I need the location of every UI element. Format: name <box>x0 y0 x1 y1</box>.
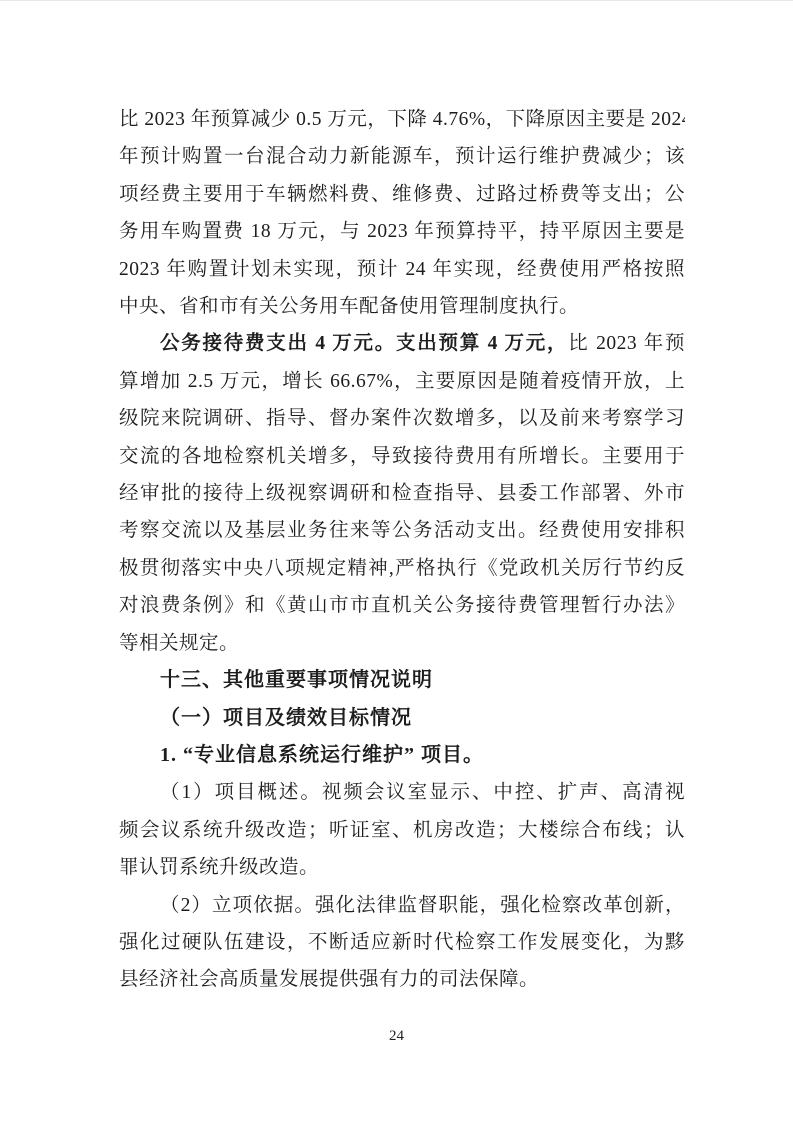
text-segment: 项经费主要用于车辆燃料费、维修费、过路过桥费等支出；公 <box>119 184 685 205</box>
text-line: 务用车购置费 18 万元，与 2023 年预算持平，持平原因主要是 <box>119 213 685 250</box>
section-heading-level-3: 1. “专业信息系统运行维护” 项目。 <box>119 737 685 774</box>
text-segment: 强化过硬队伍建设，不断适应新时代检察工作发展变化，为黟 <box>119 932 685 953</box>
text-line: （1）项目概述。视频会议室显示、中控、扩声、高清视 <box>119 774 685 811</box>
text-line: 公务接待费支出 4 万元。支出预算 4 万元，比 2023 年预 <box>119 325 685 362</box>
text-segment: （1）项目概述。视频会议室显示、中控、扩声、高清视 <box>160 782 685 803</box>
text-line: 经审批的接待上级视察调研和检查指导、县委工作部署、外市 <box>119 475 685 512</box>
document-content: 比 2023 年预算减少 0.5 万元，下降 4.76%，下降原因主要是 202… <box>119 101 685 999</box>
text-line: 算增加 2.5 万元，增长 66.67%，主要原因是随着疫情开放，上 <box>119 363 685 400</box>
text-segment: 等相关规定。 <box>119 633 239 654</box>
text-segment: 中央、省和市有关公务用车配备使用管理制度执行。 <box>119 296 579 317</box>
text-line: 级院来院调研、指导、督办案件次数增多，以及前来考察学习 <box>119 400 685 437</box>
text-line: 年预计购置一台混合动力新能源车，预计运行维护费减少；该 <box>119 138 685 175</box>
text-line: 罪认罚系统升级改造。 <box>119 849 685 886</box>
text-line: 等相关规定。 <box>119 625 685 662</box>
text-segment: 2023 年购置计划未实现，预计 24 年实现，经费使用严格按照 <box>119 259 685 280</box>
text-segment: 交流的各地检察机关增多，导致接待费用有所增长。主要用于 <box>119 446 685 467</box>
section-heading-level-2: （一）项目及绩效目标情况 <box>119 700 685 737</box>
text-segment: 级院来院调研、指导、督办案件次数增多，以及前来考察学习 <box>119 408 685 429</box>
bold-text-segment: 公务接待费支出 4 万元。支出预算 4 万元， <box>160 333 568 354</box>
text-segment: 年预计购置一台混合动力新能源车，预计运行维护费减少；该 <box>119 146 685 167</box>
page-number: 24 <box>0 1026 793 1046</box>
text-line: 强化过硬队伍建设，不断适应新时代检察工作发展变化，为黟 <box>119 924 685 961</box>
text-segment: （2）立项依据。强化法律监督职能，强化检察改革创新， <box>160 895 685 916</box>
text-segment: 频会议系统升级改造；听证室、机房改造；大楼综合布线；认 <box>119 820 685 841</box>
text-segment: 极贯彻落实中央八项规定精神,严格执行《党政机关厉行节约反 <box>119 558 685 579</box>
text-segment: 县经济社会高质量发展提供强有力的司法保障。 <box>119 969 539 990</box>
text-line: 中央、省和市有关公务用车配备使用管理制度执行。 <box>119 288 685 325</box>
text-line: 2023 年购置计划未实现，预计 24 年实现，经费使用严格按照 <box>119 251 685 288</box>
text-segment: 比 2023 年预 <box>568 333 685 354</box>
document-page: 比 2023 年预算减少 0.5 万元，下降 4.76%，下降原因主要是 202… <box>0 0 793 1122</box>
text-segment: 算增加 2.5 万元，增长 66.67%，主要原因是随着疫情开放，上 <box>119 371 685 392</box>
text-line: 县经济社会高质量发展提供强有力的司法保障。 <box>119 961 685 998</box>
text-segment: 经审批的接待上级视察调研和检查指导、县委工作部署、外市 <box>119 483 685 504</box>
text-line: 交流的各地检察机关增多，导致接待费用有所增长。主要用于 <box>119 438 685 475</box>
text-line: 考察交流以及基层业务往来等公务活动支出。经费使用安排积 <box>119 512 685 549</box>
text-segment: 对浪费条例》和《黄山市市直机关公务接待费管理暂行办法》 <box>119 595 685 616</box>
text-segment: 比 2023 年预算减少 0.5 万元，下降 4.76%，下降原因主要是 202… <box>119 109 685 130</box>
text-line: （2）立项依据。强化法律监督职能，强化检察改革创新， <box>119 887 685 924</box>
page-top-edge <box>0 0 793 1</box>
section-heading-level-1: 十三、其他重要事项情况说明 <box>119 662 685 699</box>
text-line: 比 2023 年预算减少 0.5 万元，下降 4.76%，下降原因主要是 202… <box>119 101 685 138</box>
text-line: 对浪费条例》和《黄山市市直机关公务接待费管理暂行办法》 <box>119 587 685 624</box>
text-segment: 务用车购置费 18 万元，与 2023 年预算持平，持平原因主要是 <box>119 221 685 242</box>
text-segment: 罪认罚系统升级改造。 <box>119 857 319 878</box>
text-line: 频会议系统升级改造；听证室、机房改造；大楼综合布线；认 <box>119 812 685 849</box>
text-line: 极贯彻落实中央八项规定精神,严格执行《党政机关厉行节约反 <box>119 550 685 587</box>
text-segment: 考察交流以及基层业务往来等公务活动支出。经费使用安排积 <box>119 520 685 541</box>
text-line: 项经费主要用于车辆燃料费、维修费、过路过桥费等支出；公 <box>119 176 685 213</box>
